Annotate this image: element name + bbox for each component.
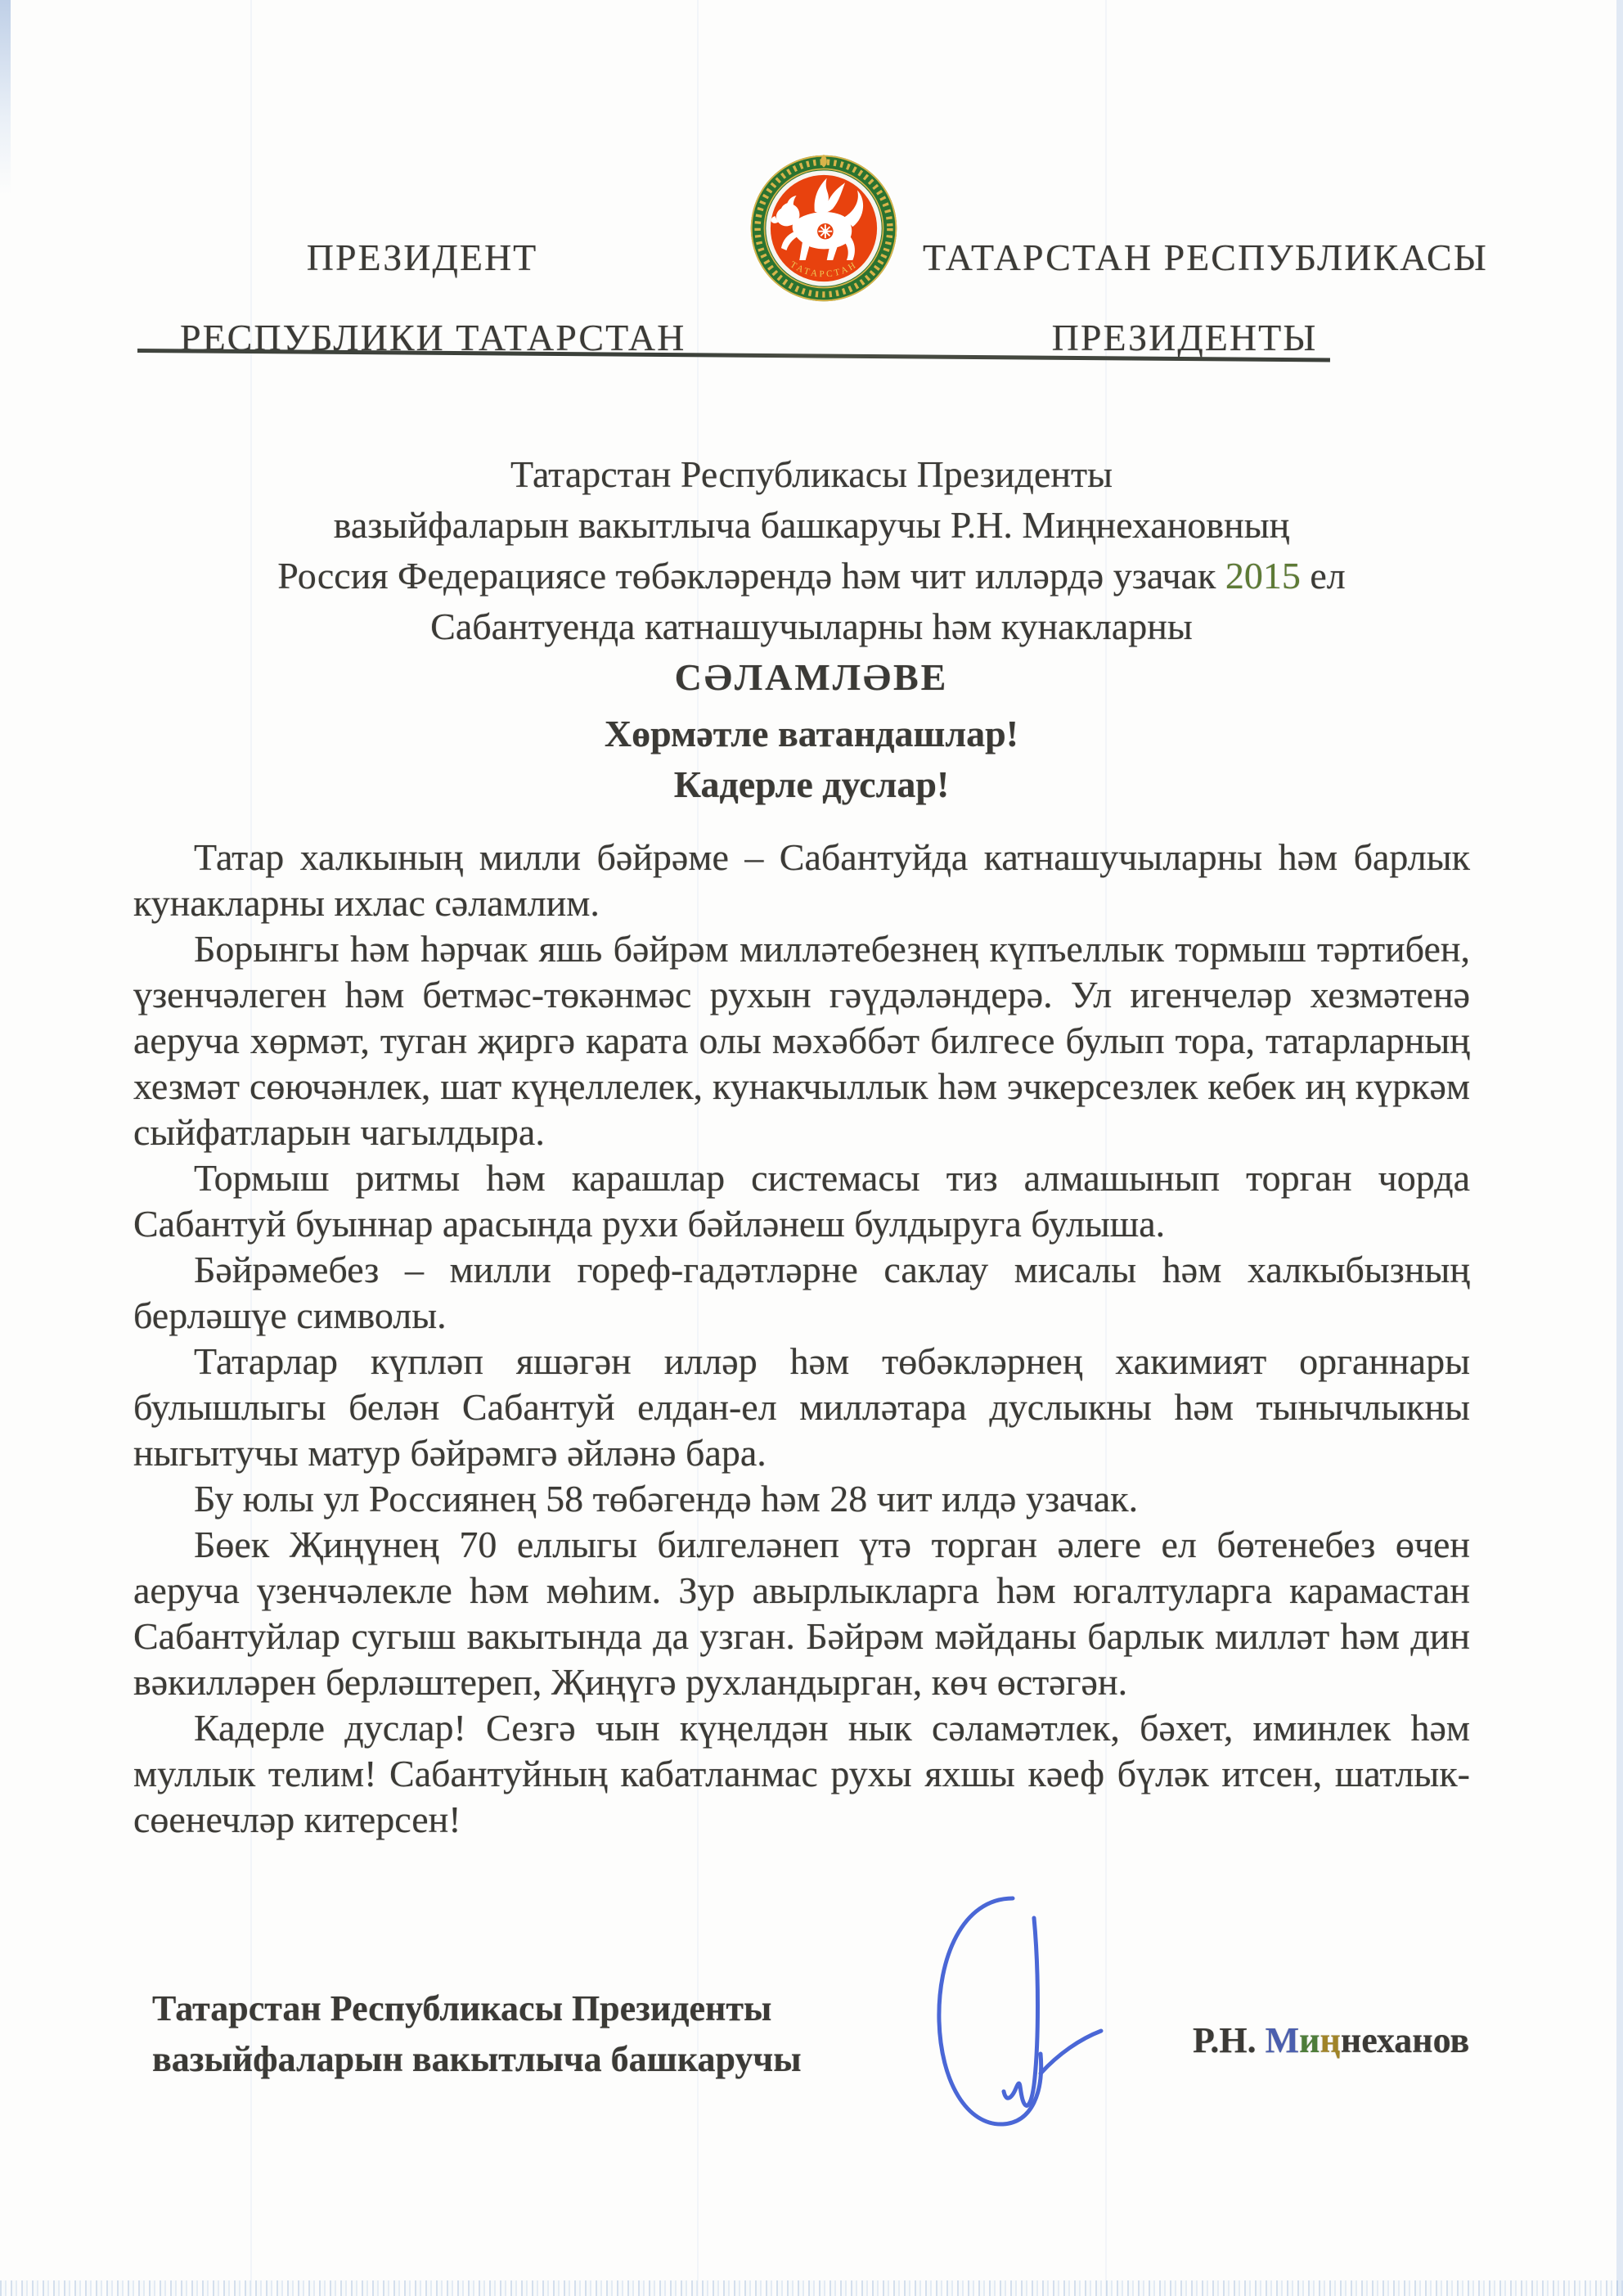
handwritten-signature <box>883 1880 1113 2150</box>
letter-title-block: Татарстан Республикасы Президенты вазыйф… <box>196 449 1427 703</box>
letter-title-year: 2015 <box>1225 555 1301 597</box>
header-left-title-line1: ПРЕЗИДЕНТ <box>180 236 664 279</box>
salutation-block: Хөрмәтле ватандашлар! Кадерле дуслар! <box>196 709 1427 810</box>
letter-body: Татар халкының милли бәйрәме – Сабантуйд… <box>133 835 1470 1843</box>
signature-vertical-stroke <box>1004 1918 1038 2105</box>
salutation-line1: Хөрмәтле ватандашлар! <box>196 709 1427 759</box>
letter-title-keyword: СӘЛАМЛӘВЕ <box>196 652 1427 703</box>
scan-artifact-right-edge <box>1616 0 1623 2296</box>
scan-artifact-corner-strip <box>0 0 11 195</box>
body-paragraph: Татарлар күпләп яшәгән илләр һәм төбәклә… <box>133 1339 1470 1476</box>
leopard-shield-icon <box>815 221 836 242</box>
signatory-name-artifact-letter: ң <box>1320 2020 1341 2060</box>
letter-title-line2: вазыйфаларын вакытлыча башкаручы Р.Н. Ми… <box>196 500 1427 551</box>
header-right-title-line1: ТАТАРСТАН РЕСПУБЛИКАСЫ <box>923 236 1446 279</box>
letter-title-line3-suffix: ел <box>1301 555 1346 597</box>
letter-title-line1: Татарстан Республикасы Президенты <box>196 449 1427 500</box>
signatory-title: Татарстан Республикасы Президенты вазыйф… <box>152 1983 802 2085</box>
body-paragraph: Бу юлы ул Россиянең 58 төбәгендә һәм 28 … <box>133 1476 1470 1522</box>
letter-title-line3-text: Россия Федерациясе төбәкләрендә һәм чит … <box>277 555 1225 597</box>
body-paragraph: Бәйрәмебез – милли гореф-гадәтләрне сакл… <box>133 1247 1470 1339</box>
body-paragraph: Кадерле дуслар! Сезгә чын күңелдән нык с… <box>133 1705 1470 1843</box>
letter-title-line4: Сабантуенда катнашучыларны һәм кунакларн… <box>196 601 1427 652</box>
letter-title-line3: Россия Федерациясе төбәкләрендә һәм чит … <box>196 551 1427 601</box>
signatory-title-line1: Татарстан Республикасы Президенты <box>152 1983 802 2034</box>
body-paragraph: Тормыш ритмы һәм карашлар системасы тиз … <box>133 1155 1470 1247</box>
scanned-letter-page: ПРЕЗИДЕНТ РЕСПУБЛИКИ ТАТАРСТАН ТАТАРСТАН… <box>0 0 1623 2296</box>
signatory-name-artifact-letter: и <box>1299 2020 1320 2060</box>
salutation-line2: Кадерле дуслар! <box>196 759 1427 810</box>
header-right-title-line2: ПРЕЗИДЕНТЫ <box>923 316 1446 359</box>
body-paragraph: Борынгы һәм һәрчак яшь бәйрәм милләтебез… <box>133 926 1470 1155</box>
signatory-name: Р.Н. Миңнеханов <box>1193 2019 1469 2061</box>
signatory-title-line2: вазыйфаларын вакытлыча башкаручы <box>152 2034 802 2085</box>
body-paragraph: Бөек Җиңүнең 70 еллыгы билгеләнеп үтә то… <box>133 1522 1470 1705</box>
signatory-name-artifact-letter: М <box>1266 2020 1300 2060</box>
signature-flick-stroke <box>1041 2031 1101 2073</box>
signature-loop-stroke <box>939 1898 1041 2124</box>
tatarstan-coat-of-arms: ТАТАРСТАН <box>748 152 900 304</box>
scan-artifact-bottom-band <box>0 2280 1623 2296</box>
body-paragraph: Татар халкының милли бәйрәме – Сабантуйд… <box>133 835 1470 926</box>
signatory-surname-rest: неханов <box>1341 2020 1469 2060</box>
signatory-initials: Р.Н. <box>1193 2020 1266 2060</box>
